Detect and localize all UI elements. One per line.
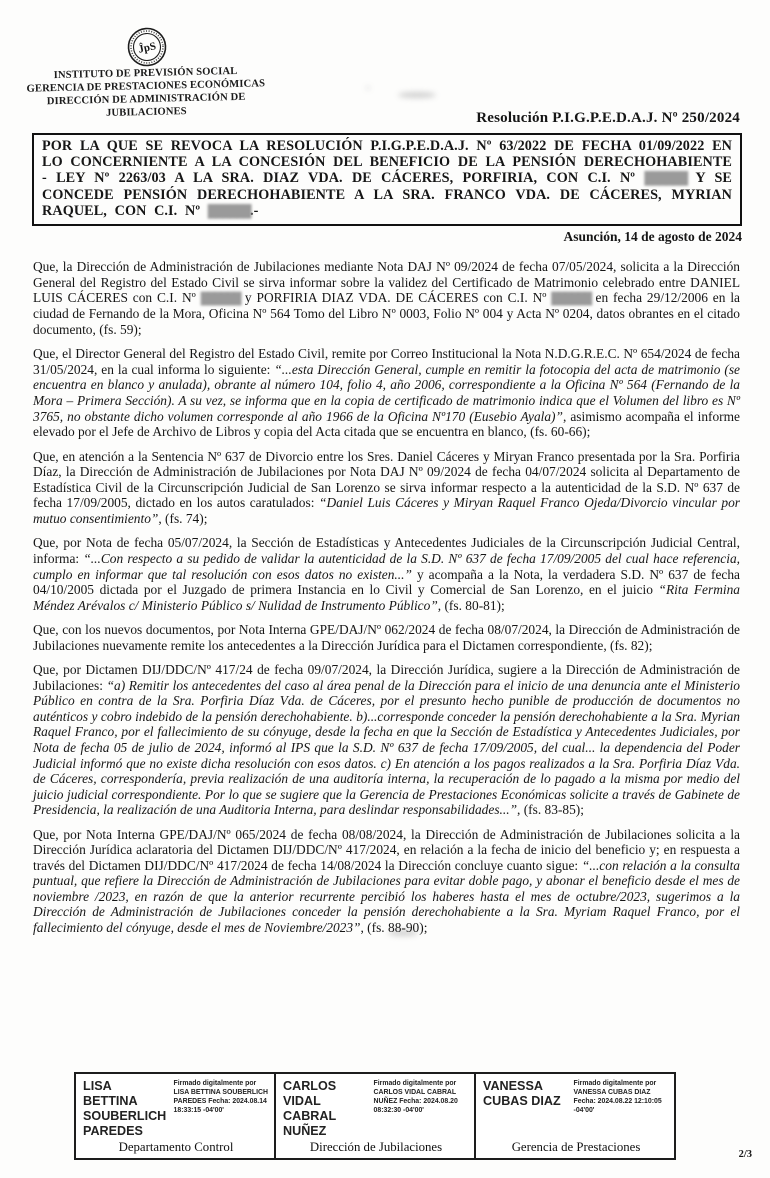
signature-block-jubilaciones: CARLOS VIDAL CABRAL NUÑEZ Firmado digita… [274, 1074, 474, 1158]
signature-detail: Firmado digitalmente por LISA BETTINA SO… [174, 1079, 269, 1139]
signature-block-prestaciones: VANESSA CUBAS DIAZ Firmado digitalmente … [474, 1074, 674, 1158]
recital-6-quote: “a) Remitir los antecedentes del caso al… [33, 678, 740, 817]
svg-text:ĴpS: ĴpS [137, 39, 157, 55]
recital-paragraph-2: Que, el Director General del Registro de… [33, 346, 740, 439]
signature-table: LISA BETTINA SOUBERLICH PAREDES Firmado … [74, 1072, 676, 1160]
recital-3-text: , (fs. 74); [158, 511, 207, 526]
signature-row: LISA BETTINA SOUBERLICH PAREDES Firmado … [83, 1079, 269, 1139]
scan-smudge [398, 92, 436, 98]
recital-paragraph-1: Que, la Dirección de Administración de J… [33, 259, 740, 337]
recital-1-text: y PORFIRIA DIAZ VDA. DE CÁCERES con C.I.… [240, 290, 551, 305]
recital-5-text: Que, con los nuevos documentos, por Nota… [33, 622, 740, 653]
signer-name: CARLOS VIDAL CABRAL NUÑEZ [283, 1079, 369, 1139]
recital-paragraph-4: Que, por Nota de fecha 05/07/2024, la Se… [33, 535, 740, 613]
recitals: Que, la Dirección de Administración de J… [33, 259, 740, 936]
recital-paragraph-3: Que, en atención a la Sentencia Nº 637 d… [33, 449, 740, 527]
signature-detail: Firmado digitalmente por CARLOS VIDAL CA… [374, 1079, 469, 1139]
signer-name: VANESSA CUBAS DIAZ [483, 1079, 569, 1139]
signature-row: CARLOS VIDAL CABRAL NUÑEZ Firmado digita… [283, 1079, 469, 1139]
signer-name: LISA BETTINA SOUBERLICH PAREDES [83, 1079, 169, 1139]
redacted-ci-number: ██████ [551, 293, 590, 305]
recital-paragraph-5: Que, con los nuevos documentos, por Nota… [33, 622, 740, 653]
recital-paragraph-7: Que, por Nota Interna GPE/DAJ/Nº 065/202… [33, 827, 740, 936]
page-number: 2/3 [0, 1149, 752, 1160]
redacted-ci-number: ██████ [208, 204, 250, 218]
dateline: Asunción, 14 de agosto de 2024 [0, 229, 742, 245]
signature-detail: Firmado digitalmente por VANESSA CUBAS D… [574, 1079, 669, 1139]
resolution-document-page: ĴpS INSTITUTO DE PREVISIÓN SOCIAL GERENC… [0, 0, 770, 1178]
recital-6-text: , (fs. 83-85); [517, 802, 584, 817]
title-text-1: POR LA QUE SE REVOCA LA RESOLUCIÓN P.I.G… [42, 138, 732, 186]
resolution-title-box: POR LA QUE SE REVOCA LA RESOLUCIÓN P.I.G… [32, 133, 742, 226]
scan-smudge [366, 86, 370, 90]
resolution-number: Resolución P.I.G.P.E.D.A.J. Nº 250/2024 [0, 110, 740, 127]
signature-row: VANESSA CUBAS DIAZ Firmado digitalmente … [483, 1079, 669, 1139]
redacted-ci-number: ██████ [201, 293, 240, 305]
redacted-ci-number: ██████ [644, 171, 686, 185]
title-text-3: .- [250, 203, 258, 219]
signature-block-control: LISA BETTINA SOUBERLICH PAREDES Firmado … [76, 1074, 274, 1158]
recital-7-text: , (fs. 88-90); [360, 920, 427, 935]
recital-paragraph-6: Que, por Dictamen DIJ/DDC/Nº 417/24 de f… [33, 662, 740, 817]
ips-seal-icon: ĴpS [126, 26, 169, 69]
recital-4-text: , (fs. 80-81); [438, 598, 505, 613]
